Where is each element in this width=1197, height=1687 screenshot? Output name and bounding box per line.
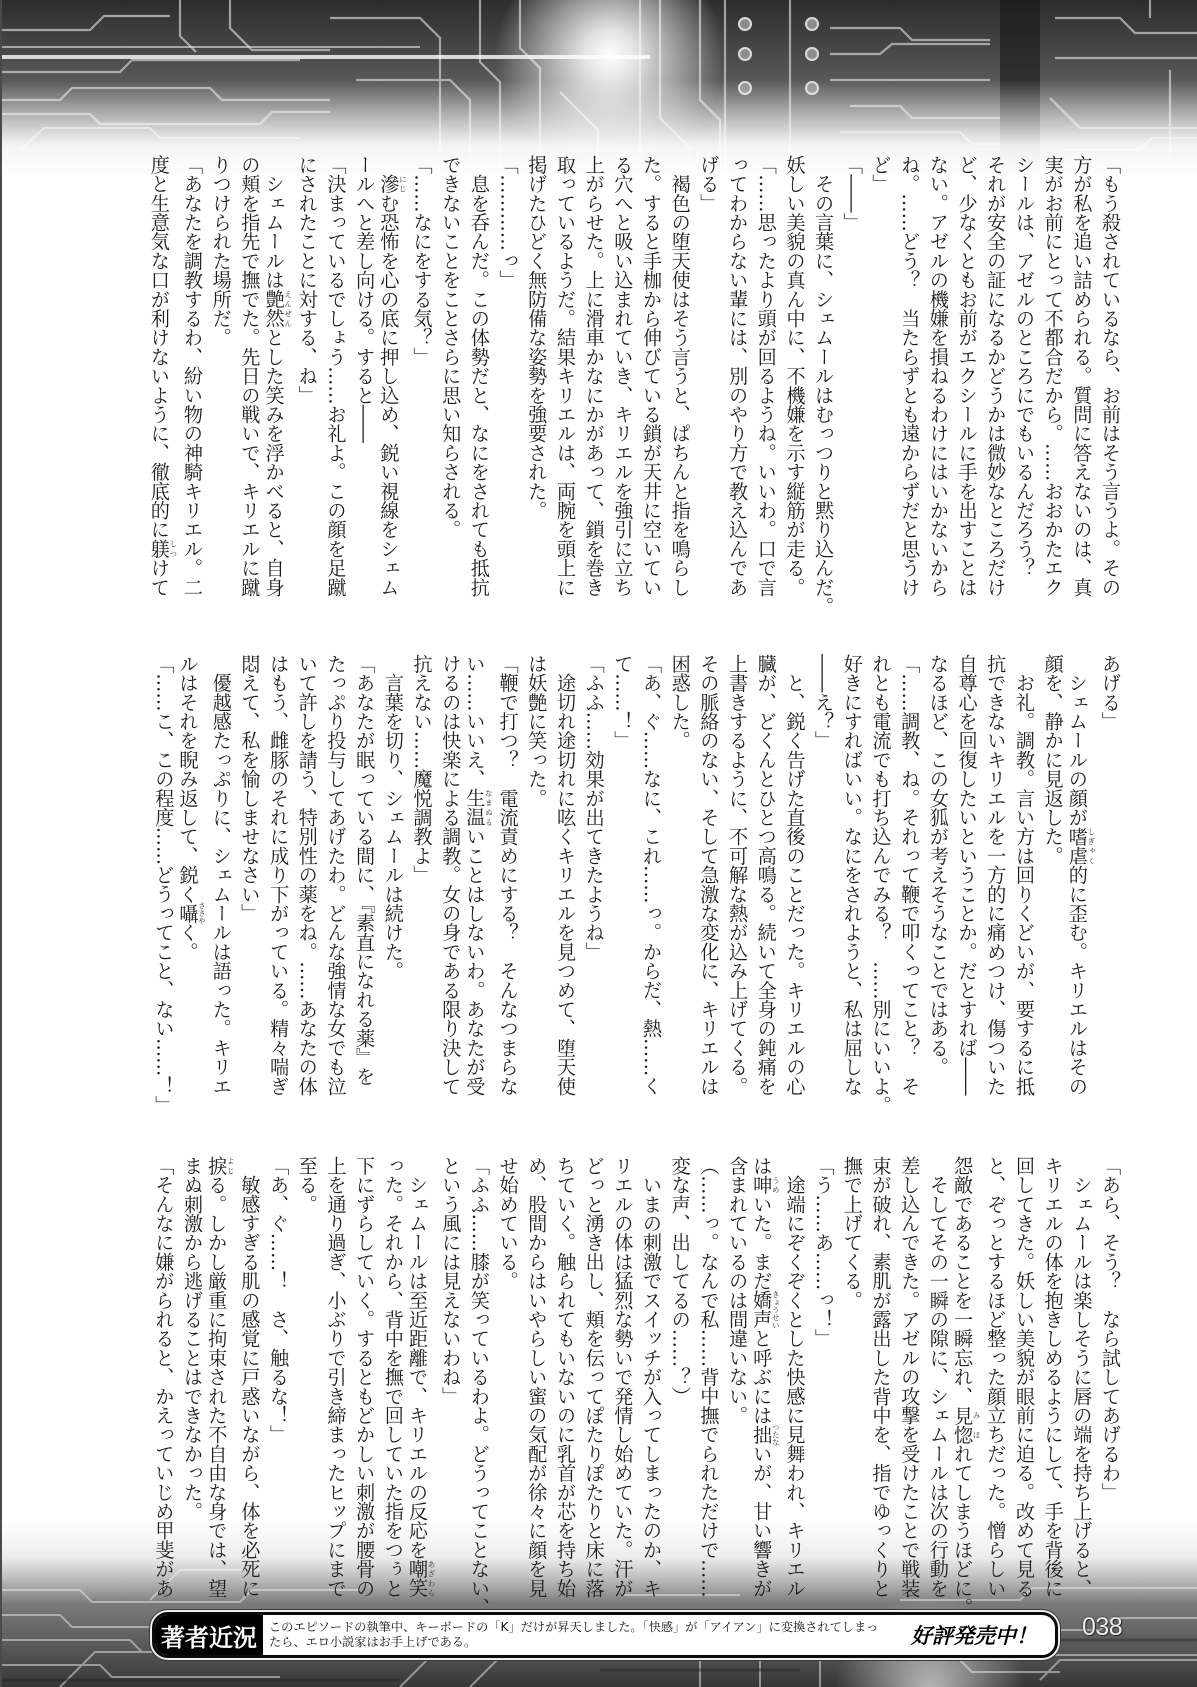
text-column: なるほど、この女狐が考えそうなことではある。 <box>923 654 952 1124</box>
page-edge-line <box>0 0 2 1687</box>
text-column: 変な声、出してるの……？） <box>665 1156 694 1626</box>
text-column: （……っ。なんで私……背中撫でられただけで…… <box>694 1156 723 1626</box>
author-note-line: たら、エロ小説家はお手上げである。 <box>269 1635 913 1650</box>
author-note-label: 著者近況 <box>155 1615 263 1655</box>
text-column: 捩よじる。しかし厳重に拘束された不自由な身では、望 <box>206 1156 235 1626</box>
ruby-annotation: 生温なまぬる <box>463 788 486 826</box>
text-column: 「う……あ……っ！」 <box>808 1156 837 1626</box>
text-column: れとも電流でも打ち込んでみる？ ……別にいいよ。 <box>866 654 895 1124</box>
text-column: 「決まっているでしょう……お礼よ。この顔を足蹴 <box>321 155 350 625</box>
text-column: 上書きするように、不可解な熱が込み上げてくる。 <box>722 654 751 1124</box>
ruby-reading: ささや <box>198 902 207 925</box>
ruby-annotation: 囁ささや <box>177 904 200 923</box>
text-column: ど」 <box>866 155 895 625</box>
text-column: 「あ、ぐ……なに、これ……っ。からだ、熱……く <box>636 654 665 1124</box>
ruby-reading: うめ <box>771 1175 780 1194</box>
text-column: 上を通り過ぎ、小ぶりで引き締まったヒップにまで <box>321 1156 350 1626</box>
text-column: 怨敵であることを一瞬忘れ、見惚みほれてしまうほどに。 <box>952 1156 981 1626</box>
text-column: あげる」 <box>1095 654 1124 1124</box>
author-note-box: 著者近況 このエピソードの執筆中、キーボードの「K」だけが昇天しました。「快感」… <box>152 1612 1058 1658</box>
text-column: 「――」 <box>837 155 866 625</box>
text-column: 途切れ途切れに呟くキリエルを見つめて、堕天使 <box>550 654 579 1124</box>
text-column: 「……こ、この程度……どうってこと、ない……！」 <box>149 654 178 1124</box>
text-column: 褐色の堕天使はそう言うと、ぱちんと指を鳴らし <box>665 155 694 625</box>
ruby-reading: なまぬる <box>484 788 493 826</box>
text-column: 至る。 <box>292 1156 321 1626</box>
text-column: りつけられた場所だ。 <box>206 155 235 625</box>
text-column: い……いいえ、生温なまぬるいことはしないわ。あなたが受 <box>464 654 493 1124</box>
text-column: 「そんなに嫌がられると、かえっていじめ甲斐があ <box>149 1156 178 1626</box>
text-column: ――え？」 <box>808 654 837 1124</box>
text-column: 自尊心を回復したいということか。だとすれば―― <box>952 654 981 1124</box>
text-column: 「ふふ……膝が笑っているわよ。どうってことない、 <box>464 1156 493 1626</box>
text-column: 息を呑んだ。この体勢だと、なにをされても抵抗 <box>464 155 493 625</box>
text-column: にされたことに対する、ね」 <box>292 155 321 625</box>
text-column: 言葉を切り、シェムールは続けた。 <box>378 654 407 1124</box>
ruby-annotation: 嘲笑あざわら <box>406 1559 429 1597</box>
text-column: 「もう殺されているなら、お前はそう言うよ。その <box>1095 155 1124 625</box>
on-sale-promo: 好評発売中！ <box>909 1620 1042 1650</box>
text-column: げる」 <box>694 155 723 625</box>
text-column: は妖艶に笑った。 <box>522 654 551 1124</box>
ruby-annotation: 躾しつ <box>148 539 171 558</box>
text-column: 取っているようだ。結果キリエルは、両腕を頭上に <box>550 155 579 625</box>
ruby-annotation: 捩よじ <box>205 1156 228 1175</box>
ruby-reading: きょうせい <box>771 1290 780 1328</box>
text-column: 度と生意気な口が利けないように、徹底的に躾しつけて <box>149 155 178 625</box>
text-column: それが安全の証になるかどうかは微妙なところだけ <box>981 155 1010 625</box>
text-column: できないことをことさらに思い知らされる。 <box>436 155 465 625</box>
text-column: という風には見えないわね」 <box>436 1156 465 1626</box>
text-column: 「鞭で打つ？ 電流責めにする？ そんなつまらな <box>493 654 522 1124</box>
text-column: 回してきた。妖しい美貌が眼前に迫る。改めて見る <box>1009 1156 1038 1626</box>
ruby-annotation: 呻うめ <box>750 1175 773 1194</box>
text-column: 滲にじむ恐怖を心の底に押し込め、鋭い視線をシェム <box>378 155 407 625</box>
text-column: 掲げたひどく無防備な姿勢を強要された。 <box>522 155 551 625</box>
ruby-reading: よじ <box>226 1156 235 1175</box>
text-column: る穴へと吸い込まれていき、キリエルを強引に立ち <box>608 155 637 625</box>
text-column: 「ふふ……効果が出てきたようね」 <box>579 654 608 1124</box>
ruby-reading: つたな <box>771 1423 780 1446</box>
text-column: は呻うめいた。まだ嬌声きょうせいと呼ぶには拙つたないが、甘い響きが <box>751 1156 780 1626</box>
text-column: シェムールは至近距離で、キリエルの反応を嘲笑あざわら <box>407 1156 436 1626</box>
text-column: 優越感たっぷりに、シェムールは語った。キリエ <box>206 654 235 1124</box>
ruby-reading: しつ <box>169 539 178 558</box>
text-column: けるのは快楽による調教。女の身である限り決して <box>436 654 465 1124</box>
text-column: 「あなたを調教するわ、紛い物の神騎キリエル。二 <box>177 155 206 625</box>
text-column: ね。……どう？ 当たらずとも遠からずだと思うけ <box>895 155 924 625</box>
text-column: シェムールは楽しそうに唇の端を持ち上げると、 <box>1067 1156 1096 1626</box>
text-column: 「……調教、ね。それって鞭で叩くってこと？ そ <box>895 654 924 1124</box>
text-column: と、ぞっとするほど整った顔立ちだった。憎らしい <box>981 1156 1010 1626</box>
text-column: ちていく。触られてもいないのに乳首が芯を持ち始 <box>550 1156 579 1626</box>
text-column: ってわからない輩には、別のやり方で教え込んであ <box>722 155 751 625</box>
circuit-header-graphic <box>0 0 1197 178</box>
text-column: 抗できないキリエルを一方的に痛めつけ、傷ついた <box>981 654 1010 1124</box>
text-column: 束が破れ、素肌が露出した背中を、指でゆっくりと <box>866 1156 895 1626</box>
ruby-reading: しぎゃく <box>1087 827 1096 865</box>
text-column: た。すると手枷から伸びている鎖が天井に空いてい <box>636 155 665 625</box>
text-column: 好きにすればいい。なにをされようと、私は屈しな <box>837 654 866 1124</box>
text-column: ど、少なくともお前がエクシールに手を出すことは <box>952 155 981 625</box>
text-column: 「あら、そう？ なら試してあげるわ」 <box>1095 1156 1124 1626</box>
banner-fade <box>0 0 1197 178</box>
ruby-annotation: 嬌声きょうせい <box>750 1290 773 1328</box>
text-column: シールは、アゼルのところにでもいるんだろう？ <box>1009 155 1038 625</box>
text-column: ない。アゼルの機嫌を損ねるわけにはいかないから <box>923 155 952 625</box>
text-column: 「……なにをする気？」 <box>407 155 436 625</box>
text-column: いて許しを請う、特別性の薬をね。……あなたの体 <box>292 654 321 1124</box>
text-column: 「あなたが眠っている間に、『素直になれる薬』を <box>349 654 378 1124</box>
text-column: の頬を指先で撫でた。先日の戦いで、キリエルに蹴 <box>235 155 264 625</box>
text-column: その言葉に、シェムールはむっつりと黙り込んだ。 <box>808 155 837 625</box>
text-column: 上がらせた。上に滑車かなにかがあって、鎖を巻き <box>579 155 608 625</box>
text-column: 敏感すぎる肌の感覚に戸惑いながら、体を必死に <box>235 1156 264 1626</box>
text-column: キリエルの体を抱きしめるようにして、手を背後に <box>1038 1156 1067 1626</box>
ruby-reading: みほ <box>972 1406 981 1444</box>
text-column: 差し込んできた。アゼルの攻撃を受けたことで戦装 <box>895 1156 924 1626</box>
text-column: 困惑した。 <box>665 654 694 1124</box>
author-note-line: このエピソードの執筆中、キーボードの「K」だけが昇天しました。「快感」が「アイア… <box>269 1620 913 1635</box>
text-column: いまの刺激でスイッチが入ってしまったのか、キ <box>636 1156 665 1626</box>
text-column: 悶えて、私を愉しませなさい」 <box>235 654 264 1124</box>
ruby-annotation: 拙つたな <box>750 1425 773 1444</box>
text-column: め、股間からはいやらしい蜜の気配が徐々に顔を見 <box>522 1156 551 1626</box>
ruby-reading: えんぜん <box>284 289 293 327</box>
text-column: 「……思ったより頭が回るようね。いいわ。口で言 <box>751 155 780 625</box>
text-column: 「…………っ」 <box>493 155 522 625</box>
text-column: シェムールの顔が嗜虐しぎゃく的に歪む。キリエルはその <box>1067 654 1096 1124</box>
text-column: て……！」 <box>608 654 637 1124</box>
text-column: 「あ、ぐ……！ さ、触るな！」 <box>263 1156 292 1626</box>
text-column: お礼。調教。言い方は回りくどいが、要するに抵 <box>1009 654 1038 1124</box>
ruby-annotation: 艶然えんぜん <box>263 289 286 327</box>
text-column: 撫で上げてくる。 <box>837 1156 866 1626</box>
ruby-annotation: 見惚みほ <box>951 1406 974 1444</box>
text-tier-bottom: 「あら、そう？ なら試してあげるわ」 シェムールは楽しそうに唇の端を持ち上げると… <box>148 1156 1124 1626</box>
text-column: リエルの体は猛烈な勢いで発情し始めていた。汗が <box>608 1156 637 1626</box>
text-column: 方が私を追い詰められる。質問に答えないのは、真 <box>1067 155 1096 625</box>
text-column: せ始めている。 <box>493 1156 522 1626</box>
ruby-reading: にじ <box>398 174 407 193</box>
text-column: そしてその一瞬の隙に、シェムールは次の行動を <box>923 1156 952 1626</box>
text-column: 下にずらしていく。するともどかしい刺激が腰骨の <box>349 1156 378 1626</box>
author-note-text: このエピソードの執筆中、キーボードの「K」だけが昇天しました。「快感」が「アイア… <box>263 1620 913 1650</box>
text-column: と、鋭く告げた直後のことだった。キリエルの心 <box>780 654 809 1124</box>
page-number: 038 <box>1082 1613 1122 1642</box>
text-column: 途端にぞくぞくとした快感に見舞われ、キリエル <box>780 1156 809 1626</box>
text-column: 実がお前にとって不都合だから。……おおかたエク <box>1038 155 1067 625</box>
text-tier-middle: あげる」 シェムールの顔が嗜虐しぎゃく的に歪む。キリエルはその顔を、静かに見返し… <box>148 654 1124 1124</box>
text-column: その脈絡のない、そして急激な変化に、キリエルは <box>694 654 723 1124</box>
ruby-reading: あざわら <box>427 1559 436 1597</box>
text-column: シェムールは艶然えんぜんとした笑みを浮かべると、自身 <box>263 155 292 625</box>
ruby-annotation: 滲にじ <box>377 174 400 193</box>
circuit-header-banner <box>0 0 1197 178</box>
text-column: った。それから、背中を撫で回していた指をつぅと <box>378 1156 407 1626</box>
text-column: はもう、雌豚のそれに成り下がっている。精々喘ぎ <box>263 654 292 1124</box>
text-column: 抗えない……魔悦調教よ」 <box>407 654 436 1124</box>
text-tier-top: 「もう殺されているなら、お前はそう言うよ。その方が私を追い詰められる。質問に答え… <box>148 155 1124 625</box>
ruby-annotation: 嗜虐しぎゃく <box>1066 827 1089 865</box>
text-column: どっと湧き出し、頬を伝ってぽたりぽたりと床に落 <box>579 1156 608 1626</box>
text-column: たっぷり投与してあげたわ。どんな強情な女でも泣 <box>321 654 350 1124</box>
text-column: ルはそれを睨み返して、鋭く囁ささやく。 <box>177 654 206 1124</box>
text-column: 妖しい美貌の真ん中に、不機嫌を示す縦筋が走る。 <box>780 155 809 625</box>
text-column: 臓が、どくんとひとつ高鳴る。続いて全身の鈍痛を <box>751 654 780 1124</box>
